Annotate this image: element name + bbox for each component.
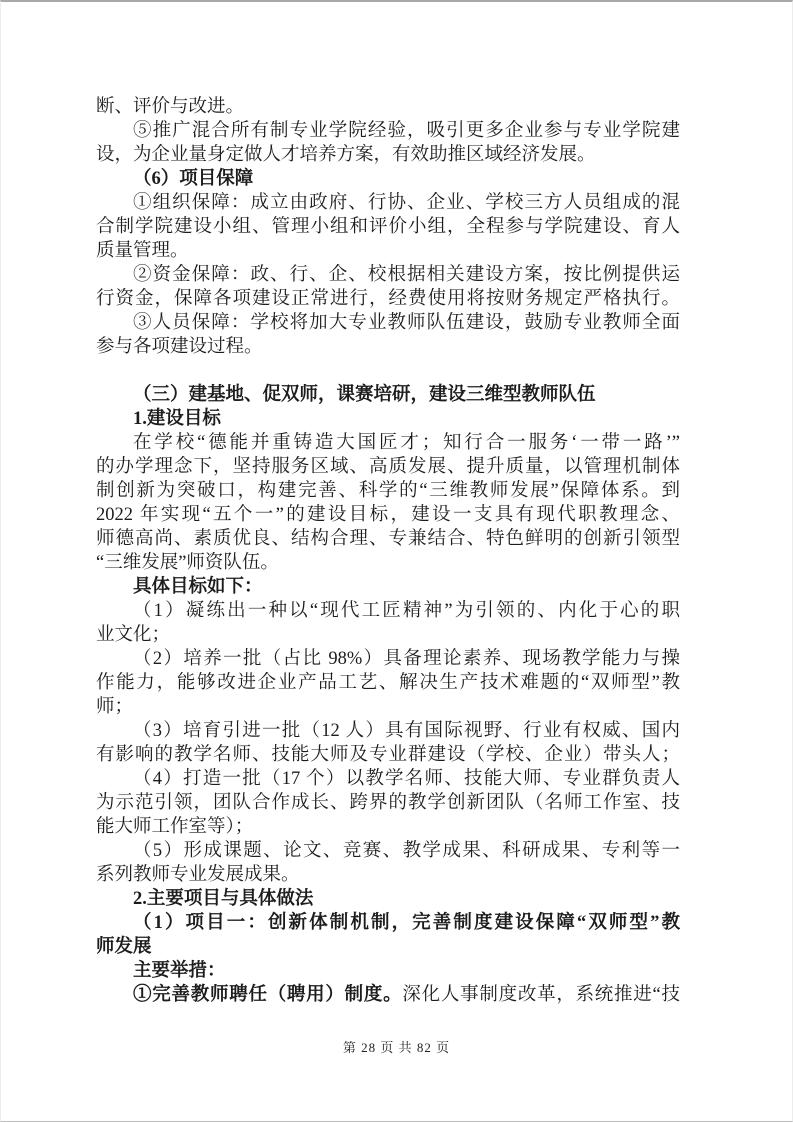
text-line: 参与各项建设过程。 [96,335,680,359]
text-line: 行资金，保障各项建设正常进行，经费使用将按财务规定严格执行。 [96,287,680,311]
text-line: ③人员保障：学校将加大专业教师队伍建设，鼓励专业教师全面 [96,311,680,335]
text-line: 作能力，能够改进企业产品工艺、解决生产技术难题的“双师型”教 [96,671,680,695]
text-line: ⑤推广混合所有制专业学院经验，吸引更多企业参与专业学院建 [96,119,680,143]
text-line: 业文化； [96,623,680,647]
text-line: 具体目标如下： [96,575,680,599]
text-line: （4）打造一批（17 个）以教学名师、技能大师、专业群负责人 [96,767,680,791]
text-line: 设，为企业量身定做人才培养方案，有效助推区域经济发展。 [96,143,680,167]
text-line: （1）凝练出一种以“现代工匠精神”为引领的、内化于心的职 [96,599,680,623]
text-run: 深化人事制度改革，系统推进“技 [402,985,680,1005]
text-line: 在学校“德能并重铸造大国匠才；知行合一服务‘一带一路’” [96,431,680,455]
blank-line [96,359,680,383]
document-lines: 断、评价与改进。⑤推广混合所有制专业学院经验，吸引更多企业参与专业学院建设，为企… [96,95,680,1007]
text-line: （三）建基地、促双师，课赛培研，建设三维型教师队伍 [96,383,680,407]
text-line: （6）项目保障 [96,167,680,191]
text-line: 1.建设目标 [96,407,680,431]
text-line: ①完善教师聘任（聘用）制度。深化人事制度改革，系统推进“技 [96,983,680,1007]
text-line: （3）培育引进一批（12 人）具有国际视野、行业有权威、国内 [96,719,680,743]
text-line: 师； [96,695,680,719]
text-line: 2.主要项目与具体做法 [96,887,680,911]
text-line: 制创新为突破口，构建完善、科学的“三维教师发展”保障体系。到 [96,479,680,503]
text-line: 师发展 [96,935,680,959]
text-line: 质量管理。 [96,239,680,263]
text-line: 的办学理念下，坚持服务区域、高质发展、提升质量，以管理机制体 [96,455,680,479]
text-line: （5）形成课题、论文、竞赛、教学成果、科研成果、专利等一 [96,839,680,863]
text-line: 主要举措： [96,959,680,983]
text-line: 能大师工作室等）； [96,815,680,839]
text-line: （1）项目一：创新体制机制，完善制度建设保障“双师型”教 [96,911,680,935]
text-line: （2）培养一批（占比 98%）具备理论素养、现场教学能力与操 [96,647,680,671]
text-line: 合制学院建设小组、管理小组和评价小组，全程参与学院建设、育人 [96,215,680,239]
bold-text-run: ①完善教师聘任（聘用）制度。 [133,985,402,1005]
text-line: ①组织保障：成立由政府、行协、企业、学校三方人员组成的混 [96,191,680,215]
text-line: 师德高尚、素质优良、结构合理、专兼结合、特色鲜明的创新引领型 [96,527,680,551]
document-page: 断、评价与改进。⑤推广混合所有制专业学院经验，吸引更多企业参与专业学院建设，为企… [0,0,793,1122]
page-footer: 第 28 页 共 82 页 [1,1037,792,1056]
text-line: ②资金保障：政、行、企、校根据相关建设方案，按比例提供运 [96,263,680,287]
text-line: 断、评价与改进。 [96,95,680,119]
text-line: “三维发展”师资队伍。 [96,551,680,575]
text-line: 为示范引领，团队合作成长、跨界的教学创新团队（名师工作室、技 [96,791,680,815]
text-line: 2022 年实现“五个一”的建设目标，建设一支具有现代职教理念、 [96,503,680,527]
text-line: 有影响的教学名师、技能大师及专业群建设（学校、企业）带头人； [96,743,680,767]
text-line: 系列教师专业发展成果。 [96,863,680,887]
